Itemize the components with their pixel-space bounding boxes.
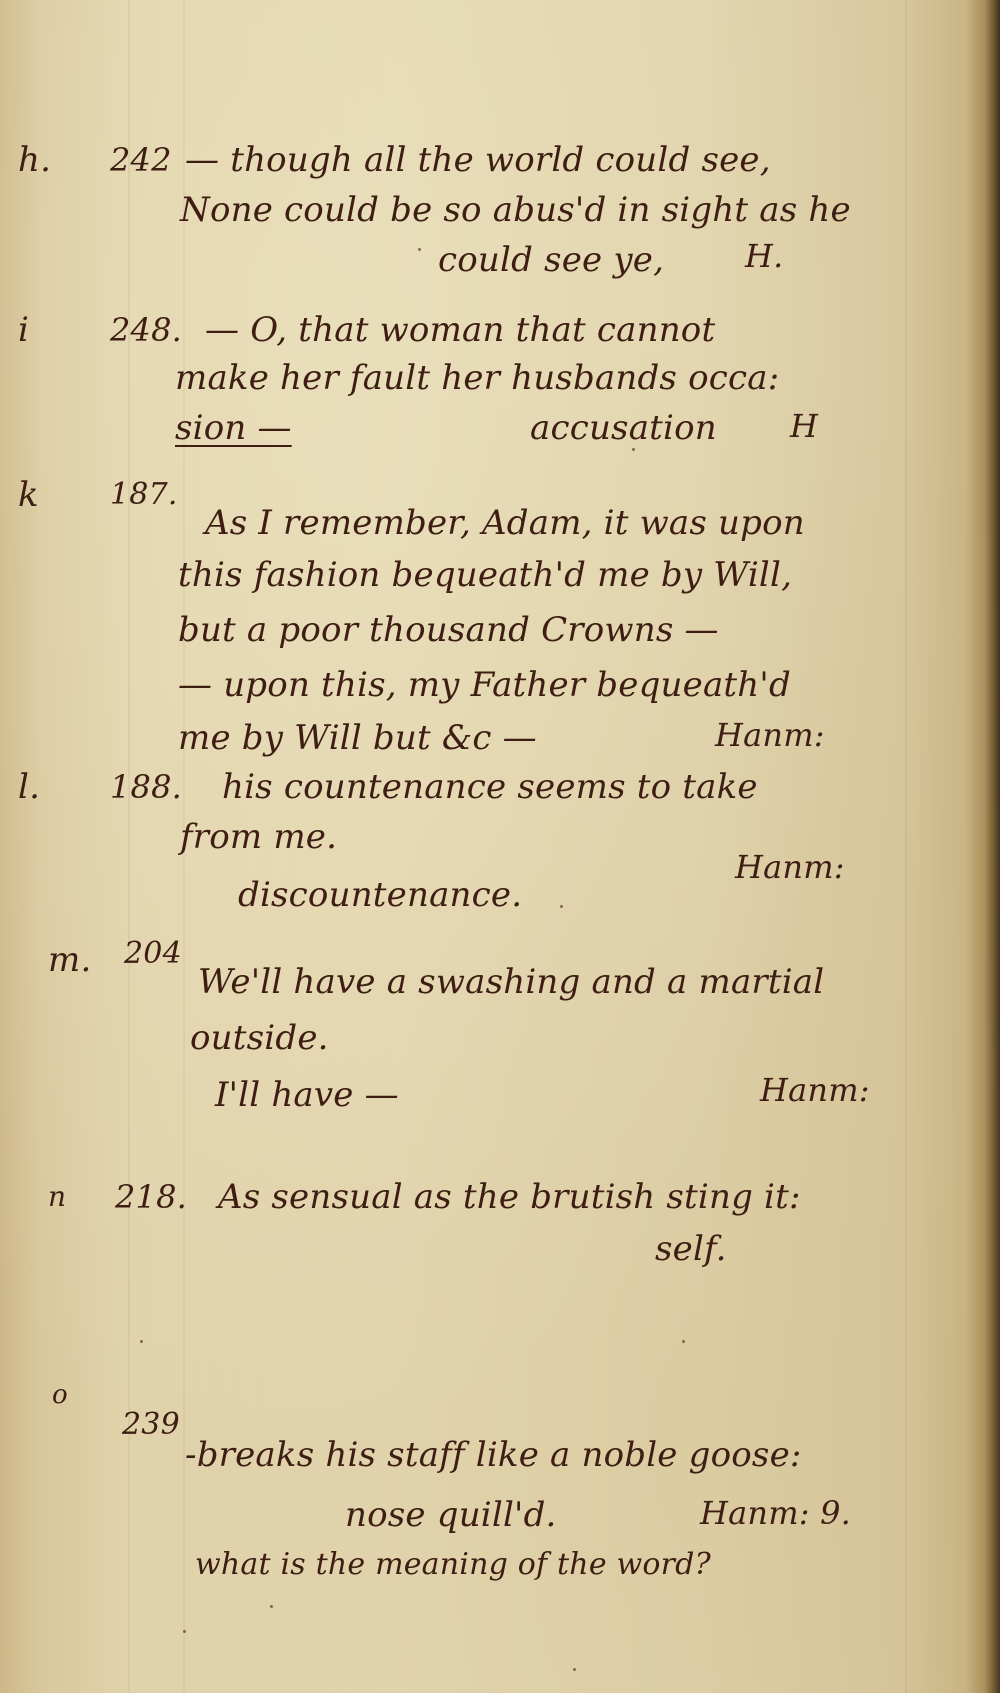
entry-line-number: 188. (110, 762, 182, 812)
entry-marker: n (48, 1172, 66, 1222)
entry-text-line: I'll have — (215, 1070, 399, 1120)
entry-text-line: from me. (180, 812, 337, 862)
entry-attribution: Hanm: (760, 1065, 870, 1115)
paper-speck (560, 905, 563, 908)
entry-text-line: what is the meaning of the word? (195, 1540, 711, 1590)
paper-speck (418, 248, 421, 251)
paper-speck (183, 1630, 186, 1633)
entry-text-line: — O, that woman that cannot (205, 305, 715, 355)
entry-text-line: discountenance. (238, 870, 522, 920)
entry-attribution: Hanm: 9. (700, 1488, 851, 1538)
entry-line-number: 239 (122, 1400, 180, 1450)
manuscript-page: h. 242 — though all the world could see,… (0, 0, 1000, 1693)
entry-text-line: this fashion bequeath'd me by Will, (178, 550, 792, 600)
entry-marker: m. (48, 935, 91, 985)
entry-text-line: me by Will but &c — (178, 713, 537, 763)
page-crease (905, 0, 907, 1693)
entry-attribution: H. (745, 231, 783, 281)
entry-marker: h. (18, 135, 51, 185)
entry-text-line: outside. (190, 1013, 329, 1063)
entry-text-line: We'll have a swashing and a martial (198, 957, 824, 1007)
entry-text-line: — upon this, my Father bequeath'd (178, 660, 791, 710)
entry-text-line: — though all the world could see, (185, 135, 771, 185)
paper-speck (682, 1340, 685, 1343)
entry-text-line: make her fault her husbands occa: (175, 353, 779, 403)
entry-line-number: 248. (110, 305, 182, 355)
entry-text-line: self. (655, 1224, 727, 1274)
entry-attribution: Hanm: (735, 842, 845, 892)
entry-line-number: 218. (115, 1172, 187, 1222)
entry-text-line: As sensual as the brutish sting it: (218, 1172, 801, 1222)
entry-line-number: 242 (110, 135, 172, 185)
entry-text-line: accusation (530, 403, 717, 453)
paper-speck (573, 1668, 576, 1671)
entry-text-line: but a poor thousand Crowns — (178, 605, 719, 655)
paper-speck (270, 1605, 273, 1608)
entry-marker: o (52, 1370, 68, 1420)
paper-speck (632, 448, 635, 451)
entry-text-line: nose quill'd. (345, 1490, 557, 1540)
paper-speck (140, 1340, 143, 1343)
entry-attribution: Hanm: (715, 710, 825, 760)
entry-marker: i (18, 305, 29, 355)
entry-marker: l. (18, 762, 40, 812)
entry-text-line: his countenance seems to take (222, 762, 758, 812)
entry-text-line: As I remember, Adam, it was upon (205, 498, 805, 548)
entry-text-line: could see ye, (438, 235, 664, 285)
entry-text-line: sion — (175, 403, 292, 453)
entry-text-line: None could be so abus'd in sight as he (180, 185, 851, 235)
entry-text-line: -breaks his staff like a noble goose: (185, 1430, 802, 1480)
entry-attribution: H (790, 401, 818, 451)
entry-marker: k (18, 470, 39, 520)
entry-line-number: 204 (124, 929, 182, 979)
entry-line-number: 187. (110, 470, 178, 520)
